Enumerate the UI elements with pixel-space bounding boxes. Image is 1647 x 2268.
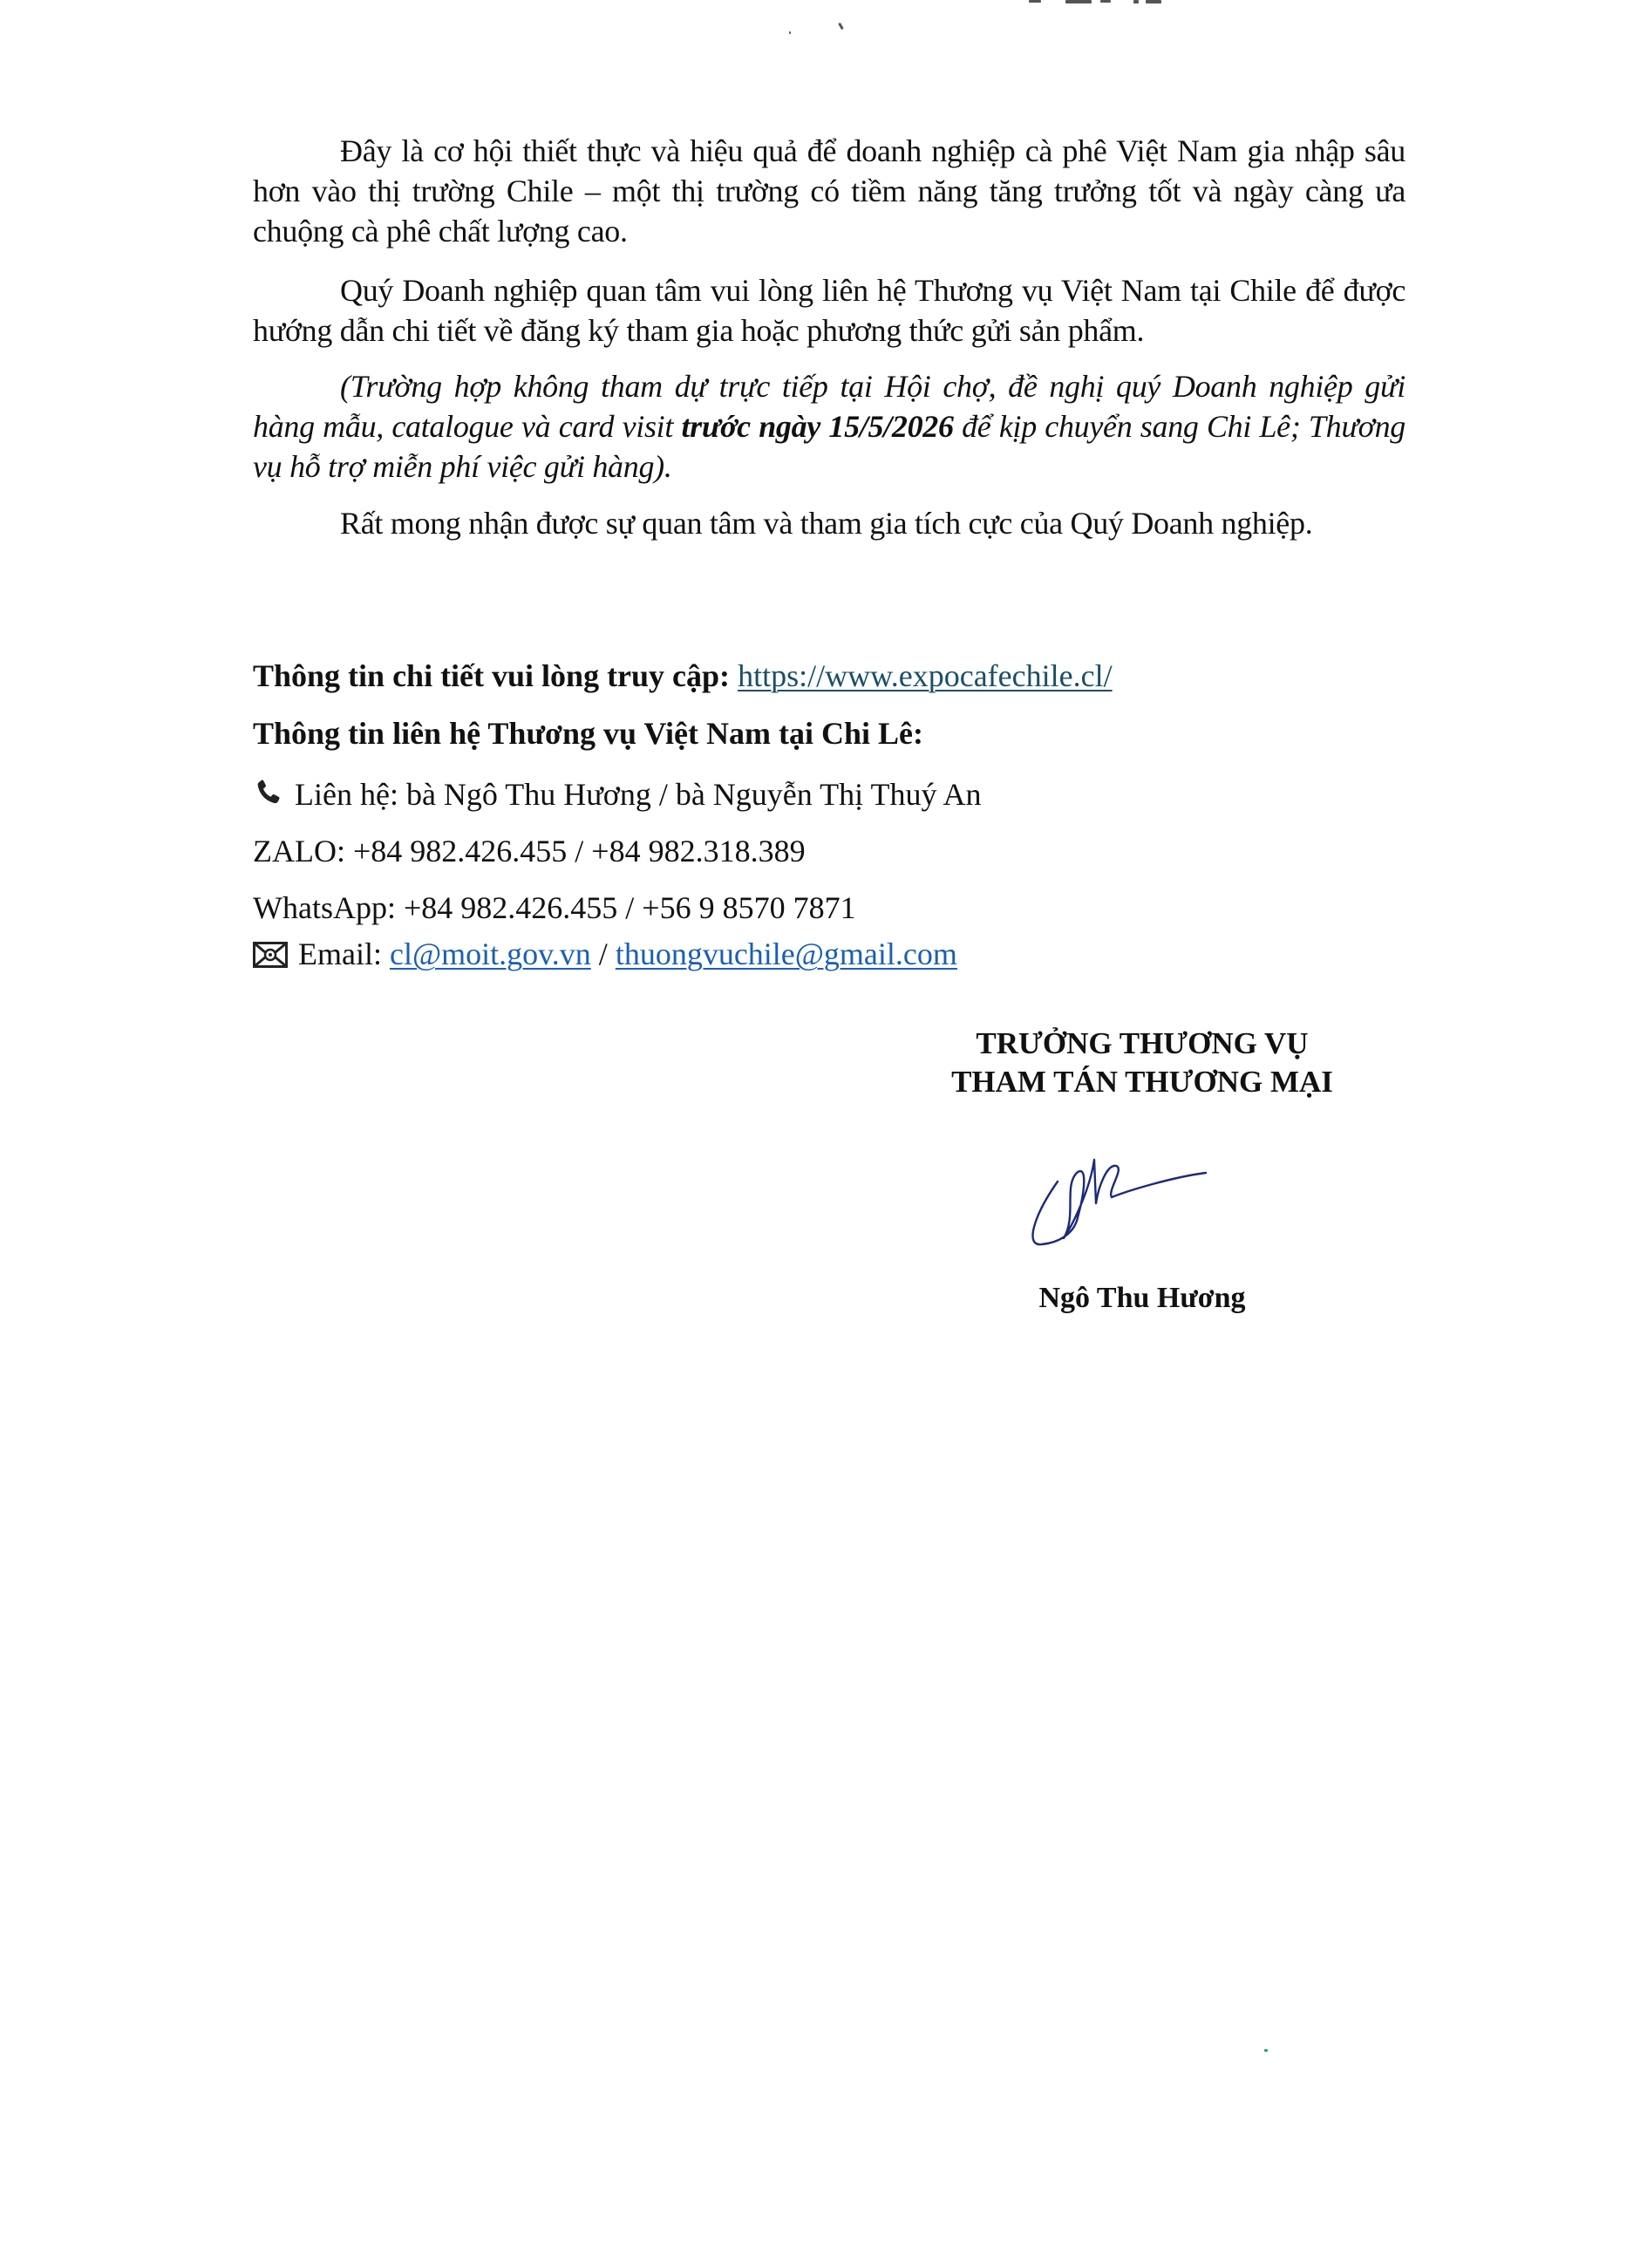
scan-artifact	[1133, 0, 1139, 3]
email-label: Email:	[298, 936, 390, 971]
scan-artifact	[838, 23, 844, 30]
website-info-line: Thông tin chi tiết vui lòng truy cập: ht…	[253, 656, 1113, 696]
email-link-moit[interactable]: cl@moit.gov.vn	[390, 936, 591, 971]
zalo-line: ZALO: +84 982.426.455 / +84 982.318.389	[253, 831, 806, 871]
signatory-title-line-1: TRƯỞNG THƯƠNG VỤ	[898, 1025, 1386, 1063]
whatsapp-line: WhatsApp: +84 982.426.455 / +56 9 8570 7…	[253, 888, 856, 928]
paragraph-contact-request: Quý Doanh nghiệp quan tâm vui lòng liên …	[253, 270, 1405, 351]
scan-artifact	[1146, 0, 1161, 3]
signatory-title-line-2: THAM TÁN THƯƠNG MẠI	[898, 1063, 1386, 1101]
scan-artifact	[1029, 0, 1041, 3]
paragraph-opportunity: Đây là cơ hội thiết thực và hiệu quả để …	[253, 131, 1405, 251]
document-page: Đây là cơ hội thiết thực và hiệu quả để …	[0, 0, 1647, 2268]
email-icon	[253, 937, 288, 977]
email-link-gmail[interactable]: thuongvuchile@gmail.com	[616, 936, 957, 971]
signatory-name: Ngô Thu Hương	[898, 1279, 1386, 1318]
contact-person-text: Liên hệ: bà Ngô Thu Hương / bà Nguyễn Th…	[295, 777, 981, 812]
paragraph-closing: Rất mong nhận được sự quan tâm và tham g…	[253, 503, 1405, 543]
contact-heading: Thông tin liên hệ Thương vụ Việt Nam tại…	[253, 713, 923, 753]
scan-artifact	[1264, 2049, 1268, 2052]
handwritten-signature	[1024, 1138, 1234, 1251]
phone-icon	[253, 777, 284, 818]
scan-artifact	[1100, 0, 1111, 3]
website-label: Thông tin chi tiết vui lòng truy cập:	[253, 658, 738, 693]
scan-artifact	[1065, 0, 1092, 3]
website-link[interactable]: https://www.expocafechile.cl/	[738, 658, 1113, 693]
paragraph-sample-shipping-note: (Trường hợp không tham dự trực tiếp tại …	[253, 366, 1405, 487]
deadline-text: trước ngày 15/5/2026	[681, 409, 953, 444]
scan-artifact	[789, 31, 791, 34]
signatory-title: TRƯỞNG THƯƠNG VỤ THAM TÁN THƯƠNG MẠI	[898, 1025, 1386, 1101]
contact-person-line: Liên hệ: bà Ngô Thu Hương / bà Nguyễn Th…	[253, 774, 981, 818]
email-separator: /	[591, 936, 616, 971]
email-line: Email: cl@moit.gov.vn / thuongvuchile@gm…	[253, 934, 957, 977]
